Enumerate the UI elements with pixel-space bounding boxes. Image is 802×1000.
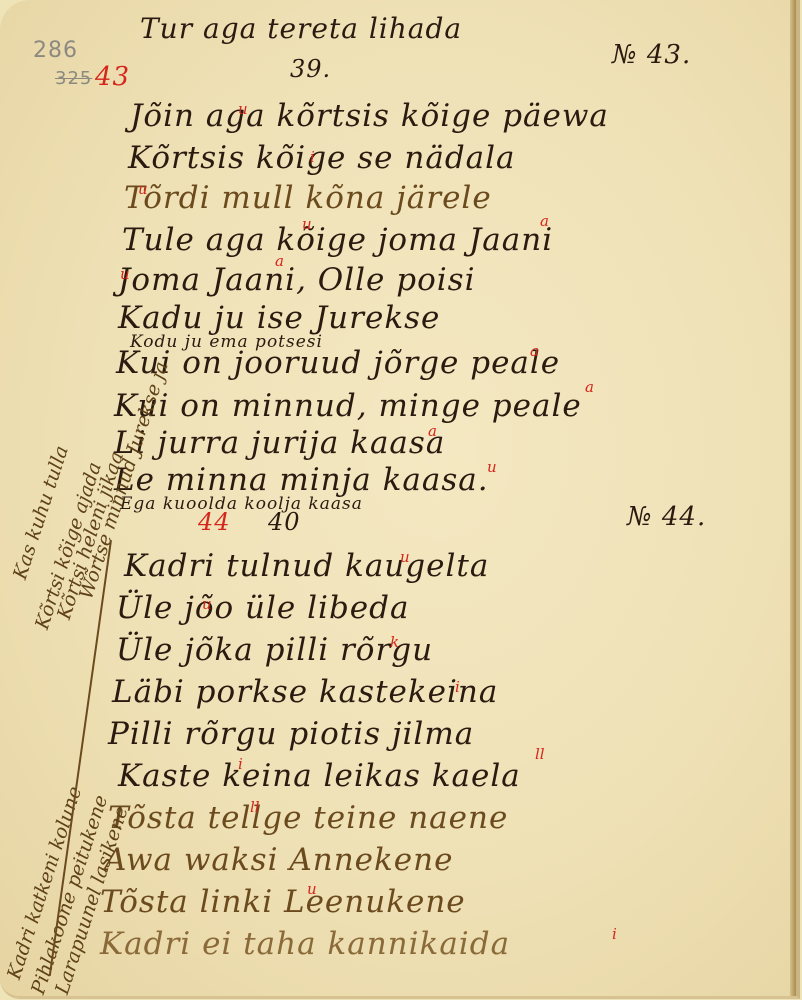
red-correction-mark: i: [455, 678, 460, 696]
song-43-line-9: Li jurra jurija kaasa: [114, 425, 445, 461]
song-44-line-5: Pilli rõrgu piotis jilma: [108, 716, 474, 752]
red-correction-mark: u: [138, 180, 148, 198]
red-correction-mark: a: [540, 212, 549, 230]
red-correction-mark: a: [530, 342, 539, 360]
song-44-line-4: Läbi porkse kastekeina: [112, 674, 498, 710]
song-43-line-6: Kadu ju ise Jurekse: [118, 300, 440, 336]
red-correction-mark: k: [390, 633, 399, 651]
song-43-verse-number: 39.: [290, 55, 331, 83]
song-44-verse-number: 40: [268, 508, 301, 536]
song-44-line-9: Tõsta linki Leenukene: [100, 884, 466, 920]
song-44-numero: № 44.: [627, 502, 706, 532]
red-correction-mark: i: [310, 148, 315, 166]
song-43-line-4: Tule aga kõige joma Jaani: [122, 222, 553, 258]
song-43-title: Tur aga tereta lihada: [140, 12, 462, 45]
page-spine-edge: [790, 0, 796, 996]
song-43-interlinear-2: Ega kuoolda koolja kaasa: [120, 494, 363, 514]
song-44-line-7: Tõsta tellge teine naene: [108, 800, 508, 836]
song-43-line-3: Tõrdi mull kõna järele: [124, 180, 492, 216]
red-correction-mark: a: [428, 422, 437, 440]
song-44-line-2: Üle jõo üle libeda: [116, 590, 409, 626]
song-43-line-2: Kõrtsis kõige se nädala: [128, 140, 516, 176]
red-song-number-top: 43: [95, 62, 130, 92]
red-correction-mark: u: [487, 458, 497, 476]
pencil-page-number: 286: [33, 38, 78, 63]
song-43-line-1: Jõin aga kõrtsis kõige päewa: [130, 98, 609, 134]
red-correction-mark: u: [307, 880, 317, 898]
song-43-line-7: Kui on jooruud jõrge peale: [116, 345, 560, 381]
song-44-line-10: Kadri ei taha kannikaida: [100, 926, 510, 962]
song-44-line-8: Awa waksi Annekene: [104, 842, 453, 878]
song-44-line-3: Üle jõka pilli rõrgu: [116, 632, 433, 668]
red-correction-mark: ll: [535, 745, 545, 763]
song-44-line-1: Kadri tulnud kaugelta: [124, 548, 489, 584]
red-correction-mark: u: [400, 548, 410, 566]
red-correction-mark: ll: [250, 798, 260, 816]
song-44-line-6: Kaste keina leikas kaela: [118, 758, 521, 794]
song-43-line-5: Joma Jaani, Olle poisi: [118, 262, 476, 298]
red-correction-mark: u: [202, 595, 212, 613]
red-correction-mark: a: [585, 378, 594, 396]
red-correction-mark: a: [275, 252, 284, 270]
red-correction-mark: i: [238, 755, 243, 773]
red-correction-mark: u: [120, 265, 130, 283]
pencil-old-number: 325: [55, 68, 92, 89]
song-43-line-8: Kui on minnud, minge peale: [114, 388, 582, 424]
manuscript-page: 286 325 43 Tur aga tereta lihada 39. № 4…: [0, 0, 800, 999]
red-correction-mark: u: [302, 215, 312, 233]
red-song-number-mid: 44: [198, 508, 231, 536]
song-43-numero: № 43.: [612, 40, 691, 70]
red-correction-mark: u: [238, 100, 248, 118]
song-43-line-10: Le minna minja kaasa.: [114, 462, 489, 498]
red-correction-mark: i: [612, 925, 617, 943]
